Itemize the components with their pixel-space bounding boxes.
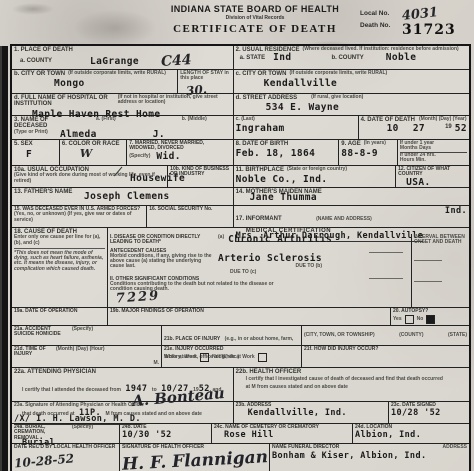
- field-autopsy: 20. AUTOPSY? Yes No: [391, 308, 469, 325]
- accident-hint: (Specify): [72, 327, 93, 338]
- row-institution-street: d. FULL NAME OF HOSPITAL OR INSTITUTION …: [12, 94, 469, 116]
- death-no-value: 31723: [402, 22, 456, 38]
- dob-sub: 8. DATE OF BIRTH Feb. 18, 1864: [234, 140, 339, 165]
- county-label: a. COUNTY: [20, 58, 52, 64]
- place-city-sub: b. CITY OR TOWN (If outside corporate li…: [12, 70, 177, 93]
- name-last-value: Ingraham: [236, 124, 356, 134]
- date-received-hand: 10-28-52: [14, 448, 118, 471]
- division-subtitle: Division of Vital Records: [150, 15, 360, 21]
- row-forces-informant: 15. WAS DECEASED EVER IN U.S. ARMED FORC…: [12, 206, 469, 228]
- board-title: INDIANA STATE BOARD OF HEALTH: [150, 4, 360, 14]
- autopsy-label: 20. AUTOPSY?: [393, 309, 467, 314]
- row-footer: DATE REC'D BY LOCAL HEALTH OFFICER 10-28…: [12, 444, 469, 471]
- field-occupation: 10a. USUAL OCCUPATION (Give kind of work…: [12, 166, 234, 187]
- autopsy-yes-checkbox: [405, 315, 414, 324]
- field-mother-name: 14. MOTHER'S MAIDEN NAME Jane Thumma: [234, 188, 469, 205]
- field-institution: d. FULL NAME OF HOSPITAL OR INSTITUTION …: [12, 94, 234, 115]
- residence-city-hint: (If outside corporate limits, write RURA…: [289, 71, 387, 77]
- officer-cert-text-2: at M from causes stated and on above dat…: [246, 385, 467, 390]
- accident-label: 21a. ACCIDENT SUICIDE HOMICIDE: [14, 327, 64, 338]
- death-day-value: 27: [413, 124, 425, 134]
- armed-forces-hint: (Yes, no, or unknown) (If yes, give war …: [14, 212, 144, 223]
- physician-cert-text-1: I certify that I attended the deceased f…: [22, 387, 121, 393]
- cause-margin-note-2: *This does not mean the mode of dying, s…: [14, 251, 105, 272]
- residence-state-value: Ind: [273, 53, 291, 63]
- time-injury-label: 21d. TIME OF INJURY: [14, 347, 48, 358]
- residence-city-label: c. CITY OR TOWN: [236, 71, 287, 77]
- age-label: 9. AGE: [341, 141, 360, 147]
- street-hint: (If rural, give location): [311, 95, 363, 101]
- cause-line2-tag: DUE TO (b): [295, 264, 322, 269]
- antecedent-hint: Morbid conditions, if any, giving rise t…: [110, 254, 214, 270]
- place-city-hint: (If outside corporate limits, write RURA…: [68, 71, 166, 77]
- birthplace-value: Noble Co., Ind.: [236, 175, 393, 185]
- field-time-of-injury: 21d. TIME OF INJURY (Month) (Day) (Hour)…: [12, 346, 162, 367]
- name-last-sub: c. (Last) Ingraham: [234, 116, 358, 139]
- blank-line: [369, 272, 403, 279]
- field-date-received: DATE REC'D BY LOCAL HEALTH OFFICER 10-28…: [12, 444, 120, 471]
- interval-column: INTERVAL BETWEEN ONSET AND DEATH: [411, 234, 469, 307]
- informant-state-value: Ind.: [445, 207, 467, 225]
- row-injury-time: 21d. TIME OF INJURY (Month) (Day) (Hour)…: [12, 346, 469, 368]
- autopsy-no-checkbox: [426, 315, 435, 324]
- field-sex-race-marital: 5. SEX F 6. COLOR OR RACE W 7. MARRIED, …: [12, 140, 234, 165]
- field-operation-findings: 19b. MAJOR FINDINGS OF OPERATION: [108, 308, 391, 325]
- row-place-residence: 1. PLACE OF DEATH a. COUNTY LaGrange C44…: [12, 46, 469, 70]
- scan-left-bar: [2, 46, 8, 471]
- residence-city-value: Kendallville: [264, 79, 467, 89]
- county-hand-note: C44: [160, 52, 192, 70]
- funeral-director-address-label: ADDRESS: [443, 445, 467, 450]
- name-section-label: 3. NAME OF DECEASED: [14, 117, 60, 130]
- sex-value: F: [26, 150, 57, 160]
- field-birthplace-citizen: 11. BIRTHPLACE (State or foreign country…: [234, 166, 469, 187]
- ssn-label: 16. SOCIAL SECURITY No.: [149, 207, 230, 212]
- citizen-value: USA.: [406, 178, 467, 188]
- field-health-officer: 22b. HEALTH OFFICER I certify that I inv…: [234, 368, 469, 401]
- age-sub: 9. AGE (In years) 88-8-9: [338, 140, 397, 165]
- blank-line: [369, 246, 403, 253]
- field-cemetery: 24c. NAME OF CEMETERY OR CREMATORY Rose …: [212, 424, 353, 443]
- armed-forces-sub: 15. WAS DECEASED EVER IN U.S. ARMED FORC…: [12, 206, 146, 227]
- injury-while-work-checkbox: [200, 353, 209, 362]
- birthplace-hint: (State or foreign country): [287, 167, 347, 173]
- injury-state-label: (STATE): [448, 333, 467, 338]
- death-month-value: 10: [387, 124, 399, 134]
- row-certification: 22a. ATTENDING PHYSICIAN I certify that …: [12, 368, 469, 402]
- cause-margin-note-1: Enter only one cause per line for (a), (…: [14, 235, 105, 249]
- field-place-city: b. CITY OR TOWN (If outside corporate li…: [12, 70, 234, 93]
- age-under-sub: If under 1 year Months Days If under 24 …: [397, 140, 469, 165]
- informant-label: 17. INFORMANT: [236, 216, 282, 222]
- injury-not-work-checkbox: [258, 353, 267, 362]
- cause-line1-tag: (a): [218, 235, 224, 240]
- local-no-value: 4031: [402, 8, 439, 22]
- birthplace-sub: 11. BIRTHPLACE (State or foreign country…: [234, 166, 395, 187]
- row-name-deathdate: 3. NAME OF DECEASED a. (First) b. (Middl…: [12, 116, 469, 140]
- field-place-of-injury: 21b. PLACE OF INJURY (e.g., in or about …: [162, 326, 302, 345]
- name-last-label: c. (Last): [236, 117, 356, 122]
- sex-label: 5. SEX: [14, 141, 57, 147]
- field-funeral-director: NAME FUNERAL DIRECTOR ADDRESS Bonham & K…: [270, 444, 469, 471]
- certificate-title: CERTIFICATE OF DEATH: [150, 23, 360, 35]
- place-city-value: Mongo: [54, 79, 175, 89]
- citizen-sub: 12. CITIZEN OF WHAT COUNTRY USA.: [395, 166, 469, 187]
- field-date-signed: 23c. DATE SIGNED 10/28 '52: [389, 402, 469, 423]
- field-health-officer-signature: SIGNATURE OF HEALTH OFFICER H. F. Flanni…: [120, 444, 270, 471]
- sex-sub: 5. SEX F: [12, 140, 59, 165]
- marital-hint: (Specify): [129, 154, 150, 159]
- race-sub: 6. COLOR OR RACE W: [59, 140, 126, 165]
- field-informant: 17. INFORMANT (NAME AND ADDRESS) Ind. Mr…: [234, 206, 469, 227]
- name-first-label: a. (First): [96, 117, 116, 130]
- row-occupation-birthplace: 10a. USUAL OCCUPATION (Give kind of work…: [12, 166, 469, 188]
- death-year-value: 52: [455, 124, 467, 134]
- form-header: INDIANA STATE BOARD OF HEALTH Division o…: [150, 4, 360, 35]
- health-officer-signature-script: H. F. Flannigan: [122, 447, 268, 471]
- time-injury-hint: (Month) (Day) (Hour): [56, 347, 105, 358]
- local-no-label: Local No.: [360, 10, 402, 17]
- autopsy-no-label: No: [417, 317, 424, 322]
- row-cause-of-death: 18. CAUSE OF DEATH Enter only one cause …: [12, 228, 469, 308]
- cemetery-location-value: Albion, Ind.: [355, 431, 467, 440]
- street-label: d. STREET ADDRESS: [236, 95, 297, 101]
- name-first-value: Almeda: [60, 130, 97, 140]
- age-under24-cols: Hours Min.: [400, 158, 467, 163]
- death-year-prefix: 19: [445, 124, 452, 134]
- death-certificate-scan: INDIANA STATE BOARD OF HEALTH Division o…: [0, 0, 474, 471]
- field-usual-residence: 2. USUAL RESIDENCE (Where deceased lived…: [234, 46, 469, 69]
- citizen-label: 12. CITIZEN OF WHAT COUNTRY: [398, 167, 467, 178]
- county-value: LaGrange: [90, 57, 139, 67]
- name-middle-label: b. (Middle): [182, 117, 207, 130]
- mother-value: Jane Thumma: [250, 193, 467, 203]
- death-no-label: Death No.: [360, 22, 402, 29]
- residence-county-label: b. COUNTY: [331, 55, 363, 61]
- cause-margin-cell: 18. CAUSE OF DEATH Enter only one cause …: [12, 228, 108, 307]
- field-injury-occurred: 21e. INJURY OCCURRED While at Work Not W…: [162, 346, 302, 367]
- death-date-sub: 4. DATE OF DEATH (Month) (Day) (Year) 10…: [358, 116, 469, 139]
- ssn-sub: 16. SOCIAL SECURITY No.: [146, 206, 232, 227]
- field-injury-location: (CITY, TOWN, OR TOWNSHIP) (COUNTY) (STAT…: [302, 326, 469, 345]
- field-operation-date: 19a. DATE OF OPERATION: [12, 308, 108, 325]
- informant-hint: (NAME AND ADDRESS): [316, 216, 372, 222]
- residence-section-hint: (Where deceased lived. If institution: r…: [303, 47, 459, 53]
- medical-certification-cell: MEDICAL CERTIFICATION I. DISEASE OR COND…: [108, 228, 469, 307]
- row-sex-race-dob: 5. SEX F 6. COLOR OR RACE W 7. MARRIED, …: [12, 140, 469, 166]
- father-value: Joseph Clemens: [84, 192, 231, 202]
- field-accident-suicide: 21a. ACCIDENT SUICIDE HOMICIDE (Specify): [12, 326, 162, 345]
- signature-address-value: Kendallville, Ind.: [248, 409, 386, 418]
- row-operation-autopsy: 19a. DATE OF OPERATION 19b. MAJOR FINDIN…: [12, 308, 469, 326]
- place-city-label: b. CITY OR TOWN: [14, 71, 65, 77]
- institution-label: d. FULL NAME OF HOSPITAL OR INSTITUTION: [14, 95, 115, 108]
- field-how-injury: 21f. HOW DID INJURY OCCUR?: [302, 346, 469, 367]
- interval-label: INTERVAL BETWEEN ONSET AND DEATH: [414, 235, 467, 246]
- row-signature-address: 23a. Signature of Attending Physician or…: [12, 402, 469, 424]
- burial-type-hint: (Specify): [72, 425, 93, 441]
- blank-line: [414, 254, 442, 261]
- funeral-director-value: Bonham & Kiser, Albion, Ind.: [272, 452, 467, 461]
- field-father-name: 13. FATHER'S NAME Joseph Clemens: [12, 188, 234, 205]
- field-dob-age: 8. DATE OF BIRTH Feb. 18, 1864 9. AGE (I…: [234, 140, 469, 165]
- race-label: 6. COLOR OR RACE: [62, 141, 124, 147]
- scan-smudge: [70, 8, 160, 48]
- field-signature-address: 23b. ADDRESS Kendallville, Ind.: [234, 402, 389, 423]
- street-value: 534 E. Wayne: [266, 103, 467, 113]
- field-place-of-death-county: 1. PLACE OF DEATH a. COUNTY LaGrange C44: [12, 46, 234, 69]
- certificate-numbers: Local No. 4031 Death No. 31723: [360, 10, 470, 40]
- institution-hint: (If not in hospital or institution, give…: [118, 95, 231, 108]
- length-of-stay-sub: LENGTH OF STAY in this place 30.: [177, 70, 232, 93]
- operation-date-label: 19a. DATE OF OPERATION: [14, 309, 105, 314]
- injury-not-work-label: Not While at Work: [212, 355, 255, 360]
- field-name-deceased: 3. NAME OF DECEASED a. (First) b. (Middl…: [12, 116, 234, 139]
- birthplace-label: 11. BIRTHPLACE: [236, 167, 284, 173]
- funeral-director-label: NAME FUNERAL DIRECTOR: [272, 445, 339, 450]
- autopsy-yes-label: Yes: [393, 317, 402, 322]
- row-city: b. CITY OR TOWN (If outside corporate li…: [12, 70, 469, 94]
- field-armed-forces-ssn: 15. WAS DECEASED EVER IN U.S. ARMED FORC…: [12, 206, 234, 227]
- age-value: 88-8-9: [341, 149, 395, 159]
- health-officer-label: 22b. HEALTH OFFICER: [236, 369, 467, 375]
- name-middle-value: J.: [153, 130, 165, 140]
- dob-value: Feb. 18, 1864: [236, 149, 337, 159]
- occupation-sub: 10a. USUAL OCCUPATION (Give kind of work…: [12, 166, 167, 187]
- dob-label: 8. DATE OF BIRTH: [236, 141, 337, 147]
- cause-line1-value: Chronic Arthritis: [228, 235, 332, 245]
- row-burial: 24a. BURIAL, CREMATION, REMOVAL (Specify…: [12, 424, 469, 444]
- cause-hand-number: 7229: [116, 288, 161, 306]
- field-last-and-deathdate: c. (Last) Ingraham 4. DATE OF DEATH (Mon…: [234, 116, 469, 139]
- officer-cert-text-1: I certify that I investigated cause of d…: [246, 377, 467, 382]
- residence-county-value: Noble: [386, 53, 417, 63]
- injury-county-label: (COUNTY): [399, 333, 423, 338]
- date-signed-value: 10/28 '52: [391, 409, 467, 418]
- operation-findings-label: 19b. MAJOR FINDINGS OF OPERATION: [110, 309, 388, 314]
- name-section-hint: (Type or Print): [14, 130, 60, 140]
- cause-line1-label: I. DISEASE OR CONDITION DIRECTLY LEADING…: [110, 235, 214, 246]
- marital-value: Wid.: [156, 152, 180, 162]
- certificate-form: 1. PLACE OF DEATH a. COUNTY LaGrange C44…: [10, 44, 471, 471]
- injury-occurred-label: 21e. INJURY OCCURRED: [164, 347, 299, 352]
- cause-line2-value: Arterio Sclerosis: [218, 254, 322, 264]
- scan-smudge: [8, 2, 58, 16]
- field-cemetery-location: 24d. LOCATION Albion, Ind.: [353, 424, 469, 443]
- residence-state-label: a. STATE: [240, 55, 265, 61]
- how-injury-label: 21f. HOW DID INJURY OCCUR?: [304, 347, 467, 352]
- row-injury-place: 21a. ACCIDENT SUICIDE HOMICIDE (Specify)…: [12, 326, 469, 346]
- field-burial-date: 24b. DATE 10/30 '52: [120, 424, 212, 443]
- field-residence-city: c. CITY OR TOWN (If outside corporate li…: [234, 70, 469, 93]
- injury-city-label: (CITY, TOWN, OR TOWNSHIP): [304, 333, 375, 338]
- race-value: W: [80, 147, 124, 160]
- age-hint: (In years): [364, 141, 386, 147]
- field-street-address: d. STREET ADDRESS (If rural, give locati…: [234, 94, 469, 115]
- cemetery-value: Rose Hill: [224, 431, 350, 440]
- blank-line: [414, 275, 442, 282]
- industry-sub: 10b. KIND OF BUSINESS OR INDUSTRY: [167, 166, 232, 187]
- marital-label: 7. MARRIED, NEVER MARRIED, WIDOWED, DIVO…: [129, 141, 230, 152]
- field-burial-type: 24a. BURIAL, CREMATION, REMOVAL (Specify…: [12, 424, 120, 443]
- place-injury-label: 21b. PLACE OF INJURY: [164, 336, 220, 342]
- marital-sub: 7. MARRIED, NEVER MARRIED, WIDOWED, DIVO…: [126, 140, 232, 165]
- injury-while-work-label: While at Work: [164, 355, 197, 360]
- field-physician-signature: 23a. Signature of Attending Physician or…: [12, 402, 234, 423]
- burial-date-value: 10/30 '52: [122, 431, 209, 440]
- row-parents: 13. FATHER'S NAME Joseph Clemens 14. MOT…: [12, 188, 469, 206]
- time-injury-meridian: M.: [14, 361, 159, 366]
- industry-label: 10b. KIND OF BUSINESS OR INDUSTRY: [170, 167, 230, 178]
